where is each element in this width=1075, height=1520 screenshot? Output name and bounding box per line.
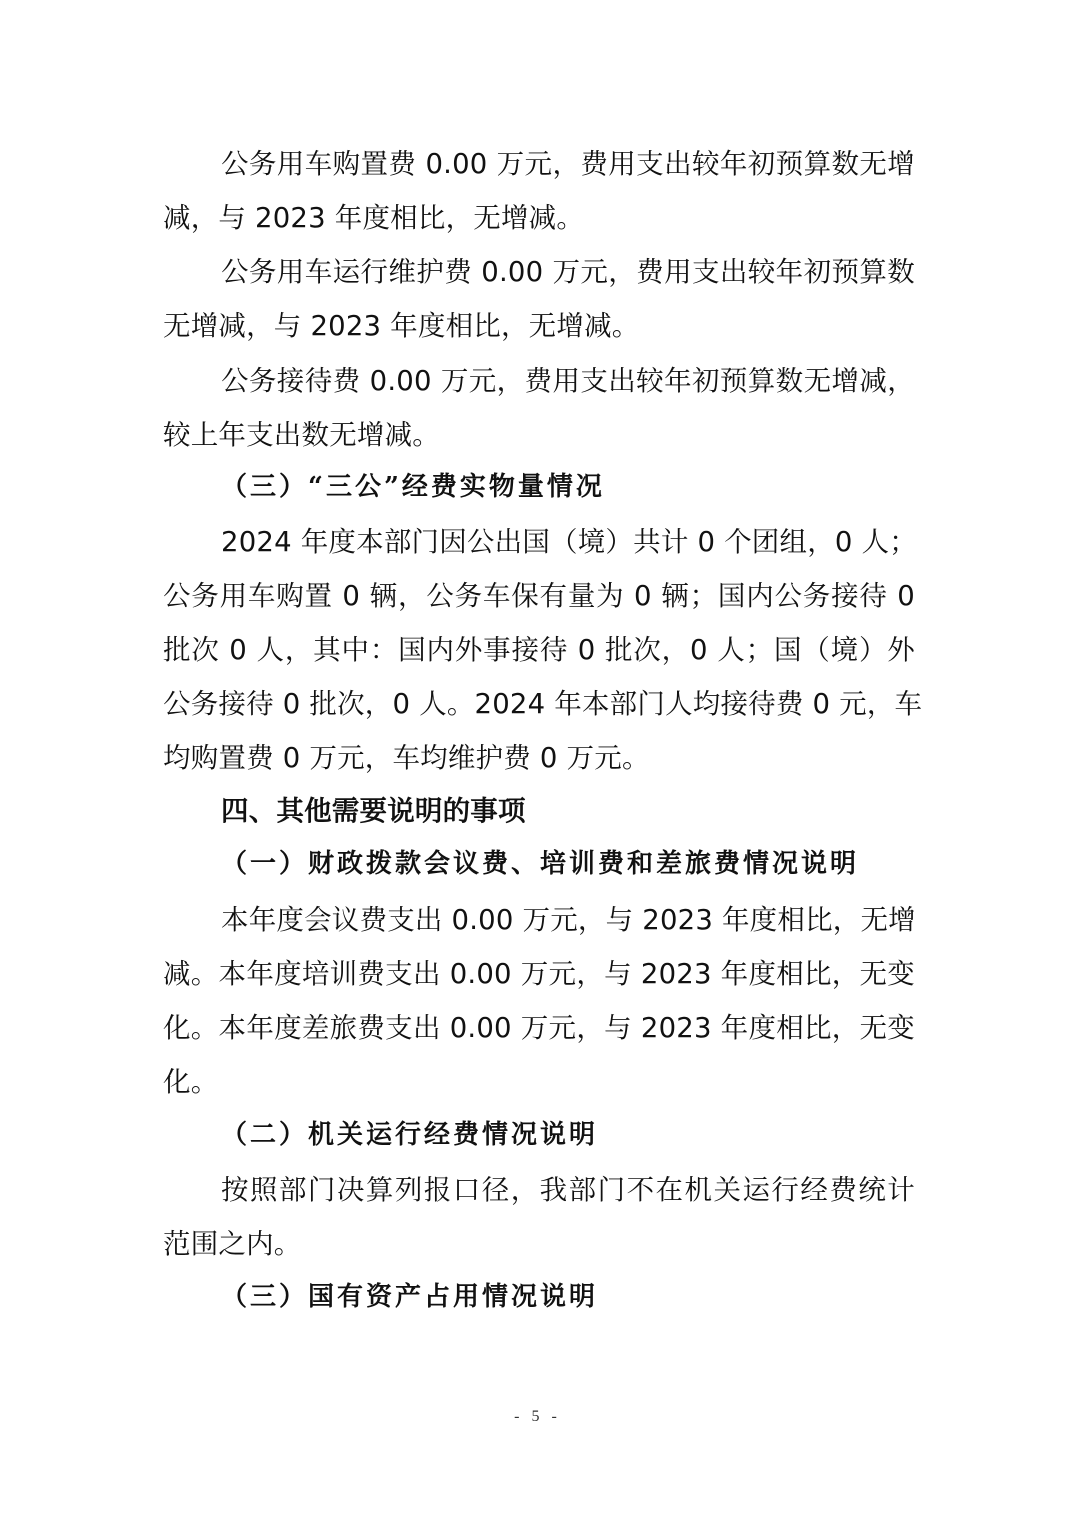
paragraph-quantity-line-3: 批次 0 人，其中：国内外事接待 0 批次，0 人；国（境）外 bbox=[163, 632, 915, 668]
subheading-three-public-quantity: （三）“三公”经费实物量情况 bbox=[221, 469, 915, 505]
paragraph-meeting-line-2: 减。本年度培训费支出 0.00 万元，与 2023 年度相比，无变 bbox=[163, 956, 915, 992]
paragraph-vehicle-purchase-line-2: 减，与 2023 年度相比，无增减。 bbox=[163, 200, 915, 236]
paragraph-quantity-line-2: 公务用车购置 0 辆，公务车保有量为 0 辆；国内公务接待 0 bbox=[163, 578, 915, 614]
subheading-agency-operating-funds: （二）机关运行经费情况说明 bbox=[221, 1117, 915, 1153]
paragraph-operating-line-1: 按照部门决算列报口径，我部门不在机关运行经费统计 bbox=[221, 1172, 915, 1208]
paragraph-vehicle-operation-line-1: 公务用车运行维护费 0.00 万元，费用支出较年初预算数 bbox=[221, 254, 915, 290]
paragraph-quantity-line-5: 均购置费 0 万元，车均维护费 0 万元。 bbox=[163, 740, 915, 776]
paragraph-reception-line-2: 较上年支出数无增减。 bbox=[163, 417, 915, 453]
paragraph-vehicle-purchase-line-1: 公务用车购置费 0.00 万元，费用支出较年初预算数无增 bbox=[221, 146, 915, 182]
paragraph-meeting-line-3: 化。本年度差旅费支出 0.00 万元，与 2023 年度相比，无变 bbox=[163, 1010, 915, 1046]
subheading-meeting-training-travel: （一）财政拨款会议费、培训费和差旅费情况说明 bbox=[221, 846, 915, 882]
paragraph-meeting-line-4: 化。 bbox=[163, 1064, 915, 1100]
heading-other-matters: 四、其他需要说明的事项 bbox=[221, 793, 915, 829]
page-number: - 5 - bbox=[0, 1408, 1075, 1426]
paragraph-meeting-line-1: 本年度会议费支出 0.00 万元，与 2023 年度相比，无增 bbox=[221, 902, 915, 938]
paragraph-quantity-line-1: 2024 年度本部门因公出国（境）共计 0 个团组，0 人； bbox=[221, 524, 915, 560]
paragraph-operating-line-2: 范围之内。 bbox=[163, 1226, 915, 1262]
subheading-state-assets: （三）国有资产占用情况说明 bbox=[221, 1279, 915, 1315]
paragraph-quantity-line-4: 公务接待 0 批次，0 人。2024 年本部门人均接待费 0 元，车 bbox=[163, 686, 915, 722]
paragraph-vehicle-operation-line-2: 无增减，与 2023 年度相比，无增减。 bbox=[163, 308, 915, 344]
paragraph-reception-line-1: 公务接待费 0.00 万元，费用支出较年初预算数无增减， bbox=[221, 363, 915, 399]
document-page: 公务用车购置费 0.00 万元，费用支出较年初预算数无增 减，与 2023 年度… bbox=[0, 0, 1075, 1520]
